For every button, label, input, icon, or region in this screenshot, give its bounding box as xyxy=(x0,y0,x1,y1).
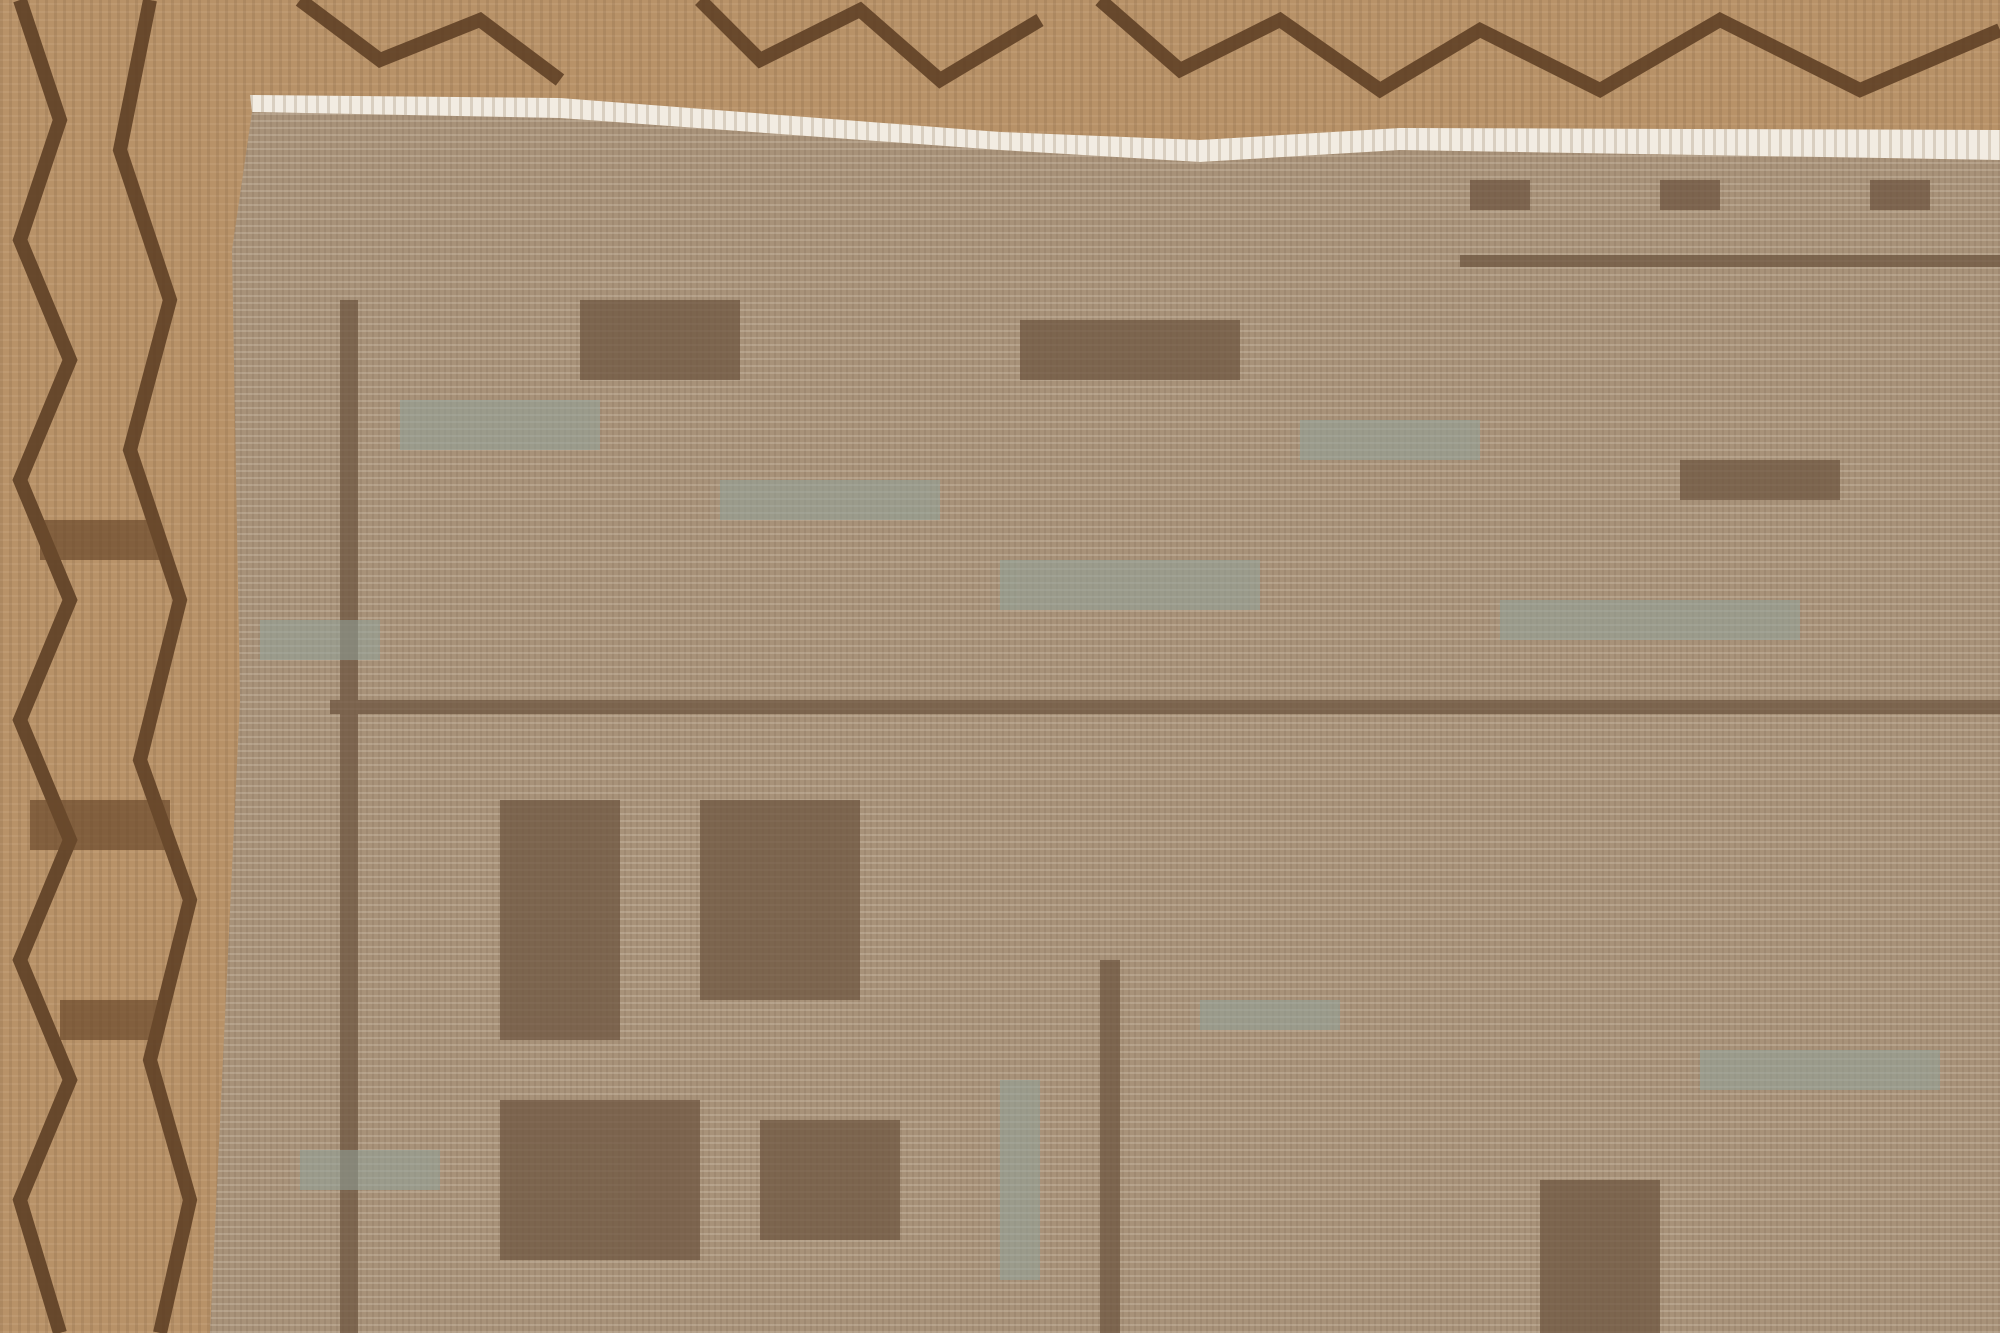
back-weave-motifs xyxy=(0,0,2000,1333)
rug-photo xyxy=(0,0,2000,1333)
